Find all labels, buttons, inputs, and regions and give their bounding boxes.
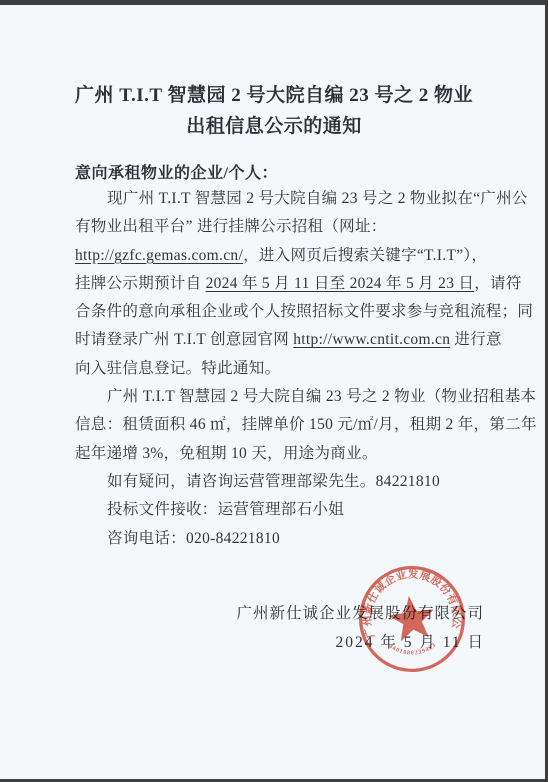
para2-line3: 起年递增 3%，免租期 10 天，用途为商业。 [75, 440, 495, 468]
svg-text:4401080239423: 4401080239423 [387, 637, 439, 660]
url-cntit: http://www.cntit.com.cn [293, 331, 450, 348]
url-gzfc-gemas: http://gzfc.gemas.com.cn/ [75, 247, 243, 264]
contact-bid-doc-line: 投标文件接收：运营管理部石小姐 [75, 496, 495, 524]
para1-line4-post: ，请符 [474, 275, 521, 292]
seal-registration-code: 4401080239423 [387, 637, 439, 660]
notice-body: 现广州 T.I.T 智慧园 2 号大院自编 23 号之 2 物业拟在“广州公 有… [75, 185, 495, 553]
para1-line4-pre: 挂牌公示期预计自 [75, 275, 206, 292]
company-seal: 广州新仕诚企业发展股份有限公司 4401080239423 [349, 556, 475, 682]
seal-star-icon [386, 593, 438, 643]
para2-line2: 信息：租赁面积 46 ㎡，挂牌单价 150 元/㎡/月，租期 2 年，第二年 [75, 411, 495, 439]
para1-line6-post: 进行意 [450, 331, 502, 348]
notice-title: 广州 T.I.T 智慧园 2 号大院自编 23 号之 2 物业 出租信息公示的通… [40, 80, 508, 142]
para1-line5: 合条件的意向承租企业或个人按照招标文件要求参与竞租流程；同 [75, 298, 495, 326]
para1-line3: http://gzfc.gemas.com.cn/，进入网页后搜索关键字“T.I… [75, 242, 495, 270]
scan-edge-top [0, 0, 548, 5]
para1-line3-rest: ，进入网页后搜索关键字“T.I.T”）， [243, 247, 487, 264]
para1-line6-pre: 时请登录广州 T.I.T 创意园官网 [75, 331, 293, 348]
salutation: 意向承租物业的企业/个人： [75, 160, 278, 183]
contact-question-line: 如有疑问，请咨询运营管理部梁先生。84221810 [75, 468, 495, 496]
para1-line4: 挂牌公示期预计自 2024 年 5 月 11 日至 2024 年 5 月 23 … [75, 270, 495, 298]
para1-line6: 时请登录广州 T.I.T 创意园官网 http://www.cntit.com.… [75, 326, 495, 354]
contact-phone-line: 咨询电话：020-84221810 [75, 525, 495, 553]
scanned-notice-document: 广州 T.I.T 智慧园 2 号大院自编 23 号之 2 物业 出租信息公示的通… [0, 0, 548, 782]
para2-line1: 广州 T.I.T 智慧园 2 号大院自编 23 号之 2 物业（物业招租基本 [75, 383, 495, 411]
public-notice-period-dates: 2024 年 5 月 11 日至 2024 年 5 月 23 日 [206, 275, 475, 292]
notice-title-line2: 出租信息公示的通知 [40, 111, 508, 142]
para1-line1: 现广州 T.I.T 智慧园 2 号大院自编 23 号之 2 物业拟在“广州公 [75, 185, 495, 213]
para1-line2: 有物业出租平台” 进行挂牌公示招租（网址： [75, 213, 495, 241]
notice-title-line1: 广州 T.I.T 智慧园 2 号大院自编 23 号之 2 物业 [40, 80, 508, 111]
para1-line7: 向入驻信息登记。特此通知。 [75, 355, 495, 383]
